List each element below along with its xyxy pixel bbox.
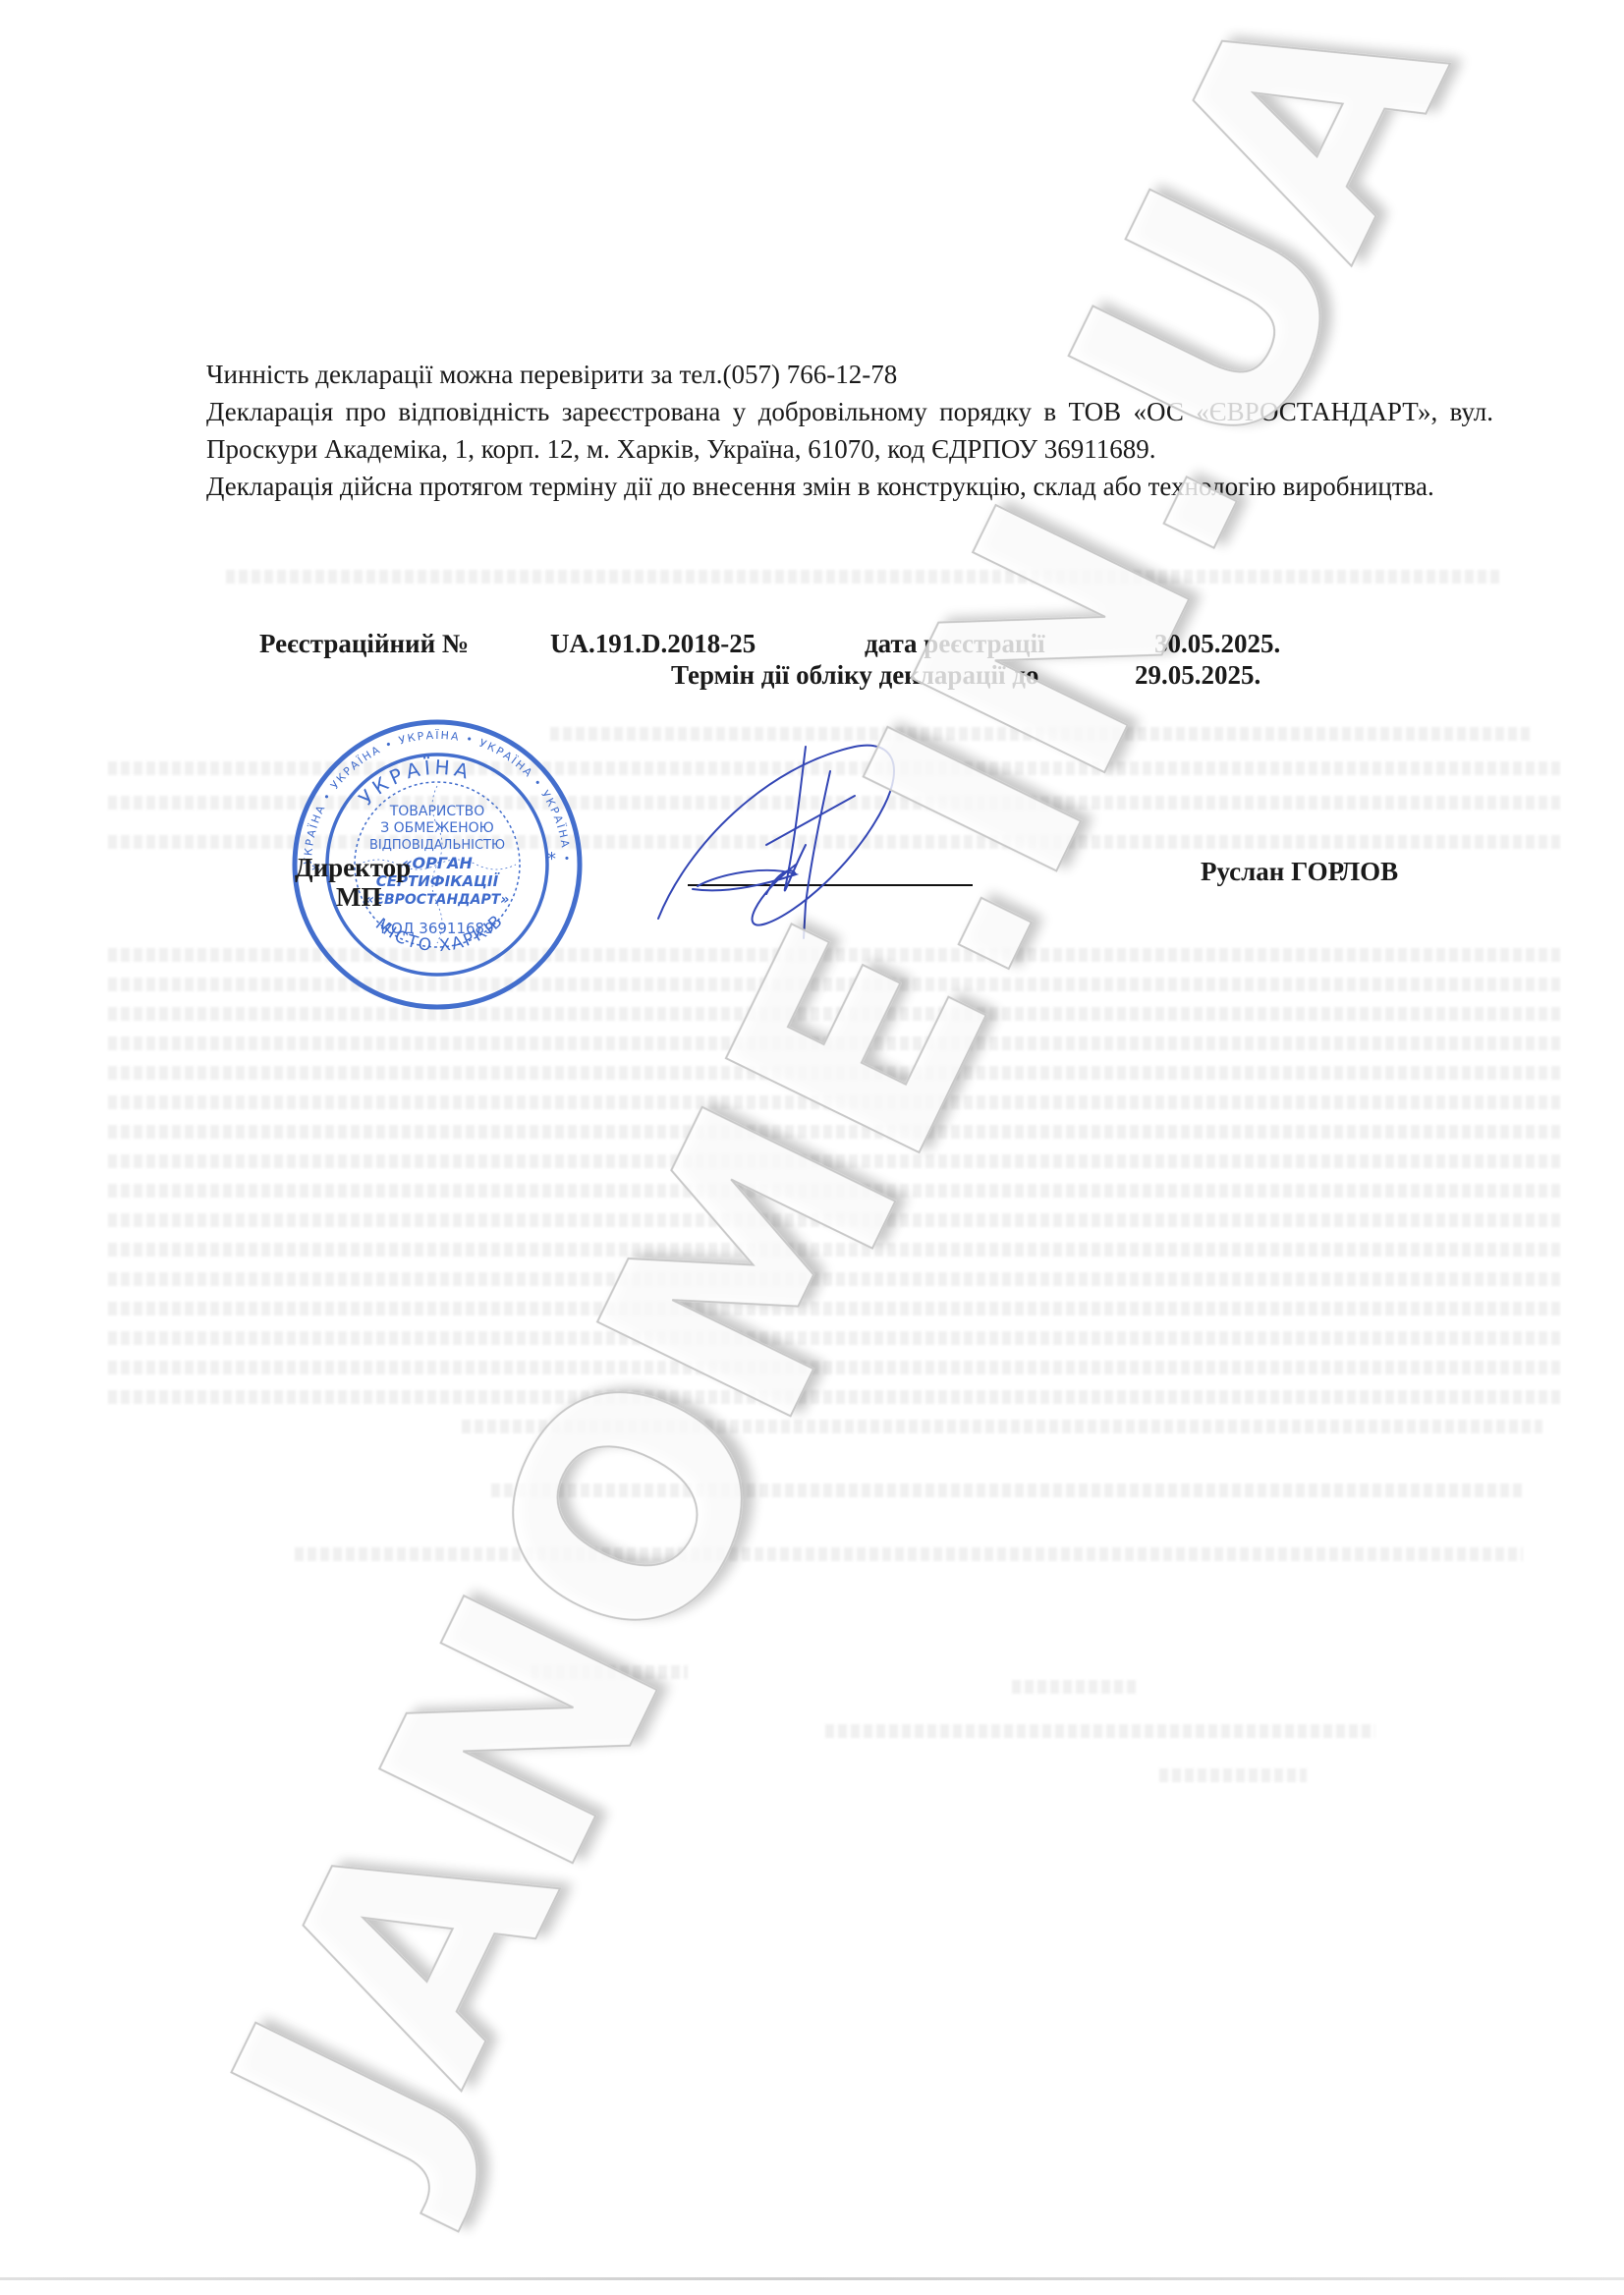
term-value: 29.05.2025. xyxy=(1135,660,1260,691)
registration-date-label: дата реєстрації xyxy=(865,629,1045,659)
registration-number-label: Реєстраційний № xyxy=(259,629,469,659)
page-bottom-edge xyxy=(0,2277,1624,2280)
director-title: Директор xyxy=(295,853,411,882)
check-phone-line: Чинність декларації можна перевірити за … xyxy=(206,356,1493,393)
director-block: Директор МП xyxy=(295,853,411,912)
signer-name: Руслан ГОРЛОВ xyxy=(1201,857,1398,887)
declaration-info: Чинність декларації можна перевірити за … xyxy=(206,356,1493,505)
stamp-line-4: «ОРГАН xyxy=(402,854,473,872)
registration-info-paragraph: Декларація про відповідність зареєстрова… xyxy=(206,393,1493,468)
registration-number-value: UA.191.D.2018-25 xyxy=(550,629,756,659)
stamp-top-text: УКРАЇНА xyxy=(354,756,475,811)
document-page: Чинність декларації можна перевірити за … xyxy=(0,0,1624,2295)
validity-paragraph: Декларація дійсна протягом терміну дії д… xyxy=(206,468,1493,505)
stamp-line-3: ВІДПОВІДАЛЬНІСТЮ xyxy=(369,838,505,853)
stamp-line-1: ТОВАРИСТВО xyxy=(389,804,485,819)
stamp-star-right-icon: * xyxy=(547,849,556,869)
svg-text:УКРАЇНА: УКРАЇНА xyxy=(354,756,475,811)
registration-date-value: 30.05.2025. xyxy=(1154,629,1280,659)
watermark-text: JANOME.IN.UA xyxy=(159,0,1515,2238)
seal-mark: МП xyxy=(295,882,411,912)
stamp-line-2: З ОБМЕЖЕНОЮ xyxy=(380,820,494,836)
watermark: JANOME.IN.UA xyxy=(0,0,1624,2295)
handwritten-signature xyxy=(648,727,1002,943)
term-label: Термін дії обліку декларації до xyxy=(671,660,1038,691)
stamp-code: КОД 36911689 xyxy=(380,920,493,937)
